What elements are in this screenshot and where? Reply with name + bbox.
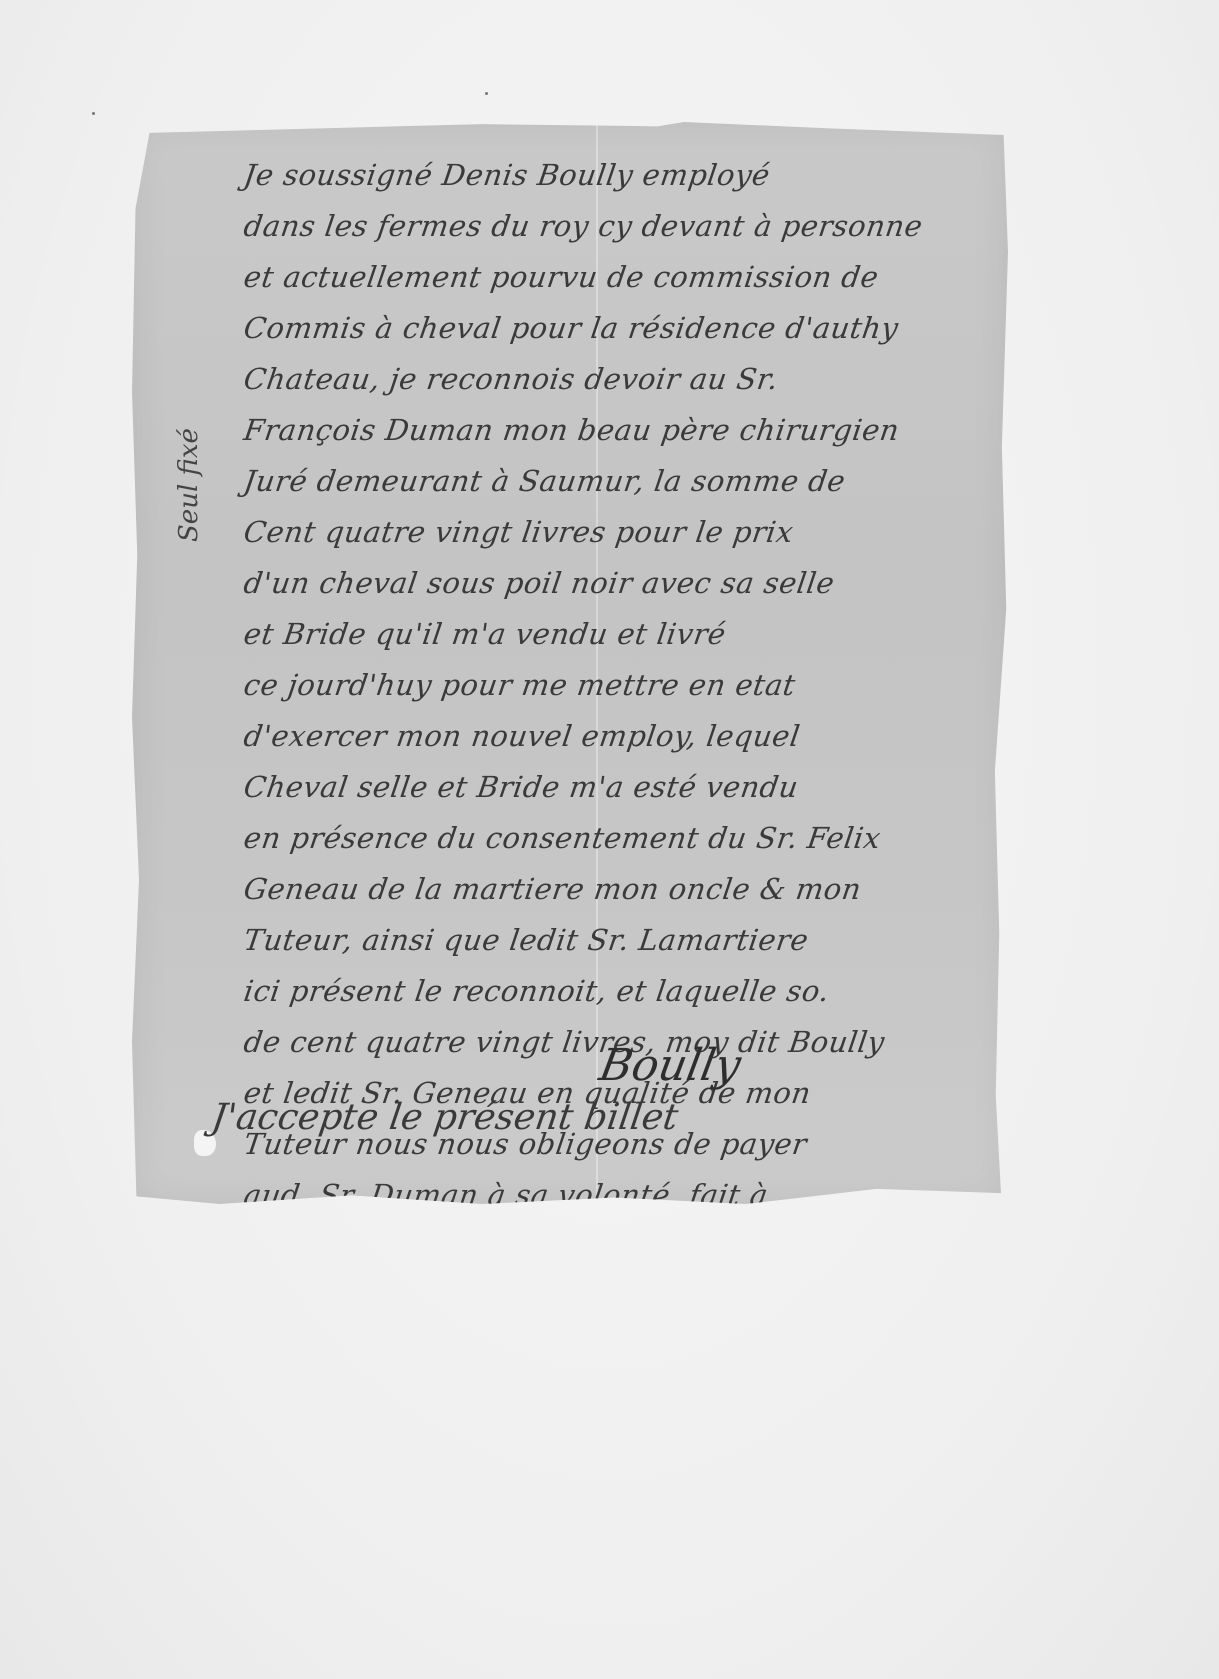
text-line: Commis à cheval pour la résidence d'auth… xyxy=(240,303,987,354)
text-line: et Bride qu'il m'a vendu et livré xyxy=(240,609,987,660)
text-line: Je soussigné Denis Boully employé xyxy=(240,150,987,201)
text-line: Cheval selle et Bride m'a esté vendu xyxy=(240,762,987,813)
text-line: Cent quatre vingt livres pour le prix xyxy=(240,507,987,558)
text-line: dans les fermes du roy cy devant à perso… xyxy=(240,201,987,252)
text-line: Tuteur, ainsi que ledit Sr. Lamartiere xyxy=(240,915,987,966)
text-line: Chateau, je reconnois devoir au Sr. xyxy=(240,354,987,405)
dust-speck xyxy=(485,92,488,95)
acceptance-line: J'accepte le présent billet xyxy=(209,1097,680,1138)
margin-annotation: Seul fixé xyxy=(174,428,204,542)
text-line: François Duman mon beau père chirurgien xyxy=(240,405,987,456)
handwritten-body: Je soussigné Denis Boully employé dans l… xyxy=(244,150,984,1323)
text-line: d'exercer mon nouvel employ, lequel xyxy=(240,711,987,762)
text-line: Juré demeurant à Saumur, la somme de xyxy=(240,456,987,507)
text-line: d'un cheval sous poil noir avec sa selle xyxy=(240,558,987,609)
text-line: ce jourd'huy pour me mettre en etat xyxy=(240,660,987,711)
signature: Boully xyxy=(596,1040,745,1091)
text-line: en présence du consentement du Sr. Felix xyxy=(240,813,987,864)
dust-speck xyxy=(92,112,95,115)
text-line: et actuellement pourvu de commission de xyxy=(240,252,987,303)
text-line: ici présent le reconnoit, et laquelle so… xyxy=(240,966,987,1017)
text-line: Geneau de la martiere mon oncle & mon xyxy=(240,864,987,915)
paper-sheet: Seul fixé Je soussigné Denis Boully empl… xyxy=(132,122,1008,1204)
